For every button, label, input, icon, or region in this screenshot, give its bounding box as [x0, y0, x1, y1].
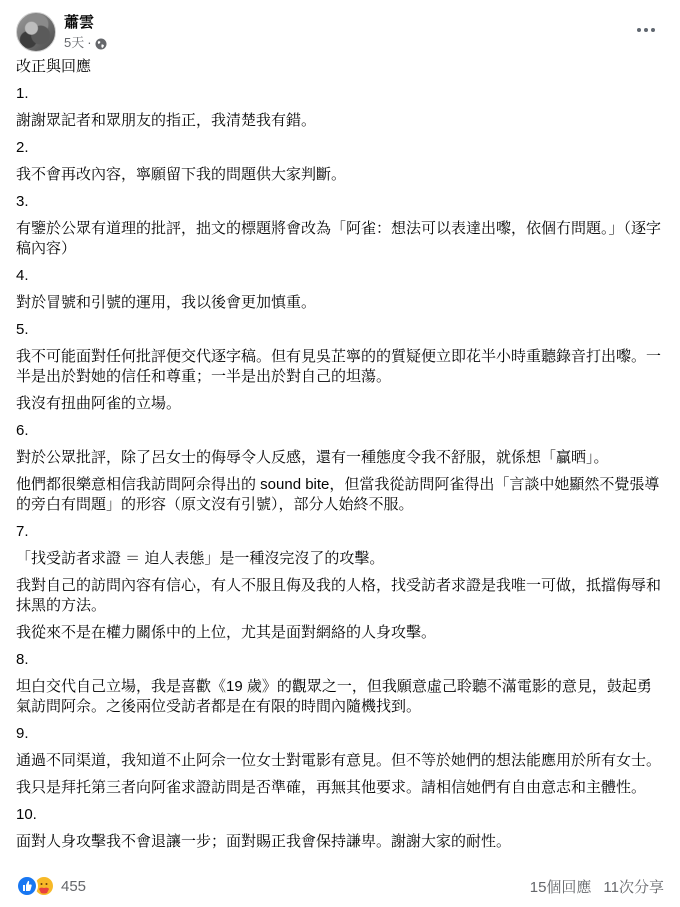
reaction-count: 455: [61, 878, 86, 895]
section-number: 8.: [16, 650, 664, 670]
dot-icon: [651, 28, 655, 32]
post-title: 改正與回應: [16, 57, 664, 77]
section-number: 10.: [16, 805, 664, 825]
paragraph: 我從來不是在權力關係中的上位，尤其是面對網絡的人身攻擊。: [16, 623, 664, 643]
paragraph: 對於公眾批評，除了呂女士的侮辱令人反感，還有一種態度令我不舒服，就係想「贏晒」。: [16, 448, 664, 468]
shares-count-link[interactable]: 11次分享: [603, 876, 664, 897]
paragraph: 我不可能面對任何批評便交代逐字稿。但有見吳芷寧的的質疑便立即花半小時重聽錄音打出…: [16, 347, 664, 387]
post-meta: 蕭雲 5天 ·: [64, 13, 107, 51]
section-number: 2.: [16, 138, 664, 158]
paragraph: 我沒有扭曲阿雀的立場。: [16, 394, 664, 414]
post-footer: 455 15個回應 11次分享: [16, 876, 664, 896]
author-avatar[interactable]: [16, 12, 56, 52]
post-header: 蕭雲 5天 ·: [16, 12, 107, 52]
paragraph: 對於冒號和引號的運用，我以後會更加慎重。: [16, 293, 664, 313]
like-icon: [16, 875, 38, 897]
section-number: 9.: [16, 724, 664, 744]
reactions-summary[interactable]: 455: [16, 875, 86, 897]
paragraph: 謝謝眾記者和眾朋友的指正，我清楚我有錯。: [16, 111, 664, 131]
comments-count-link[interactable]: 15個回應: [530, 876, 592, 897]
post-stats: 15個回應 11次分享: [530, 876, 664, 897]
paragraph: 我只是拜托第三者向阿雀求證訪問是否準確，再無其他要求。請相信她們有自由意志和主體…: [16, 778, 664, 798]
section-number: 7.: [16, 522, 664, 542]
paragraph: 通過不同渠道，我知道不止阿佘一位女士對電影有意見。但不等於她們的想法能應用於所有…: [16, 751, 664, 771]
dot-icon: [644, 28, 648, 32]
paragraph: 我對自己的訪問內容有信心，有人不服且侮及我的人格，找受訪者求證是我唯一可做，抵擋…: [16, 576, 664, 616]
dot-icon: [637, 28, 641, 32]
paragraph: 我不會再改內容，寧願留下我的問題供大家判斷。: [16, 165, 664, 185]
section-number: 6.: [16, 421, 664, 441]
section-number: 5.: [16, 320, 664, 340]
section-number: 3.: [16, 192, 664, 212]
section-number: 1.: [16, 84, 664, 104]
globe-icon[interactable]: [95, 37, 107, 49]
more-options-button[interactable]: [634, 20, 658, 40]
paragraph: 「找受訪者求證 ＝ 迫人表態」是一種沒完沒了的攻擊。: [16, 549, 664, 569]
author-name[interactable]: 蕭雲: [64, 13, 107, 32]
paragraph: 面對人身攻擊我不會退讓一步；面對賜正我會保持謙卑。謝謝大家的耐性。: [16, 832, 664, 852]
post-timestamp[interactable]: 5天: [64, 34, 84, 51]
section-number: 4.: [16, 266, 664, 286]
post-body: 改正與回應 1. 謝謝眾記者和眾朋友的指正，我清楚我有錯。 2. 我不會再改內容…: [16, 57, 664, 859]
paragraph: 有鑒於公眾有道理的批評，拙文的標題將會改為「阿雀：想法可以表達出嚟，依個冇問題。…: [16, 219, 664, 259]
facebook-post: 蕭雲 5天 · 改正與回應 1. 謝謝眾記者和眾朋友的指正，我清楚我有錯。 2.…: [0, 0, 680, 907]
separator-dot: ·: [87, 34, 91, 51]
paragraph: 坦白交代自己立場，我是喜歡《19 歲》的觀眾之一，但我願意虛己聆聽不滿電影的意見…: [16, 677, 664, 717]
post-subline: 5天 ·: [64, 34, 107, 51]
paragraph: 他們都很樂意相信我訪問阿佘得出的 sound bite，但當我從訪問阿雀得出「言…: [16, 475, 664, 515]
